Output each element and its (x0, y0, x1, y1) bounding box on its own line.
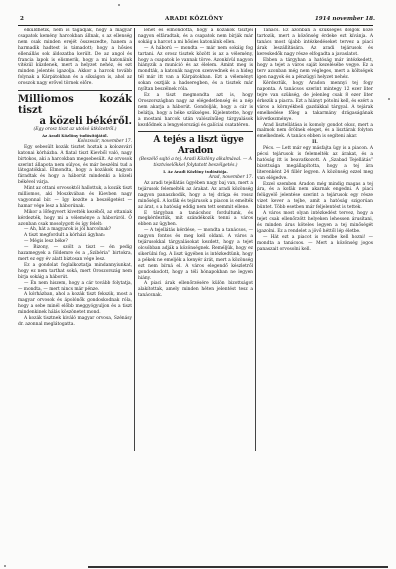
paragraph: Az aradi tejellátás ügyében nagy baj van… (138, 181, 253, 211)
scan-edge (88, 566, 388, 568)
paragraph: A város most olyan intézkedést tervez, h… (257, 211, 373, 235)
headline: Milliomos kozák tiszt (18, 94, 132, 116)
paragraph: Ez a tiszt megmondta azt is, hogy Oroszo… (138, 93, 253, 128)
paragraph: — A háború — mondta — már nem sokáig fog… (138, 46, 253, 93)
paragraph: Tanács. Ez azonban a szükséges dolgok kö… (257, 28, 373, 58)
paragraph: Kérdeztük, hogy Aradon mennyi tej fogy n… (257, 81, 373, 122)
section-marker: I. (163, 169, 166, 174)
paragraph: — A tejellátás kérdése, — mondta a tanác… (138, 228, 253, 281)
paragraph: — Hát ezt a piacot is rendbe kell hozni!… (257, 235, 373, 253)
lead-paragraph: lehet és elmondotta, hogy a kozákok tisz… (138, 28, 253, 46)
lead-paragraph: elküldhetik, nem is tagadják, hogy a mag… (18, 28, 132, 87)
divider (18, 90, 132, 91)
paragraph: A kórházban, ahol a kozák tiszt fekszik,… (18, 292, 132, 316)
byline-text: Az Aradi Közlöny tudósítója. (168, 169, 228, 174)
scan-speck (388, 98, 390, 100)
paragraph: A piaci árak ellenőrzésére külön bizotts… (138, 281, 253, 299)
issue-date: 1914 november 18. (315, 16, 375, 22)
paragraph: — Bizony, — szólt a tiszt — én pedig haz… (18, 245, 132, 263)
column-1: elküldhetik, nem is tagadják, hogy a mag… (18, 28, 132, 451)
paragraph: Arad lisztellátása is komoly gondot okoz… (257, 123, 373, 141)
column-rule (134, 28, 135, 451)
scan-speck (4, 565, 6, 567)
masthead-rule (18, 25, 373, 26)
paragraph: Ebben a tárgyban a hatóság már intézkede… (257, 58, 373, 82)
paragraph: E tárgyban a tanácshoz fordultunk, és me… (138, 211, 253, 229)
paragraph: Mint az ottani orvosoktól hallottuk, a k… (18, 186, 132, 210)
paragraph: Mikor a lőfegyvert kivették kezéből, az … (18, 210, 132, 228)
paragraph: Egy sebesült kozák tisztet hoztak a kolo… (18, 145, 132, 186)
paragraph: A kozák tisztnek kiváló magyar orvosa, S… (18, 316, 132, 328)
paragraph: Pécs. — Lett már egy másfajta ügy is a p… (257, 146, 373, 181)
divider (138, 131, 253, 132)
paragraph: Ezzel szemben Aradon még mindig magas a … (257, 182, 373, 212)
scan-speck (118, 4, 120, 6)
subheadline: (Beszélő sajtó a tej. Aradi Közlöny alka… (138, 157, 253, 169)
headline-line-2: a közeli békéről. (18, 116, 132, 127)
paper-title: ARADI KÖZLÖNY (165, 16, 223, 22)
column-2: lehet és elmondotta, hogy a kozákok tisz… (138, 28, 253, 451)
page-number: 2 (20, 16, 24, 22)
newspaper-page: 2 ARADI KÖZLÖNY 1914 november 18. elküld… (0, 0, 396, 569)
column-3: Tanács. Ez azonban a szükséges dolgok kö… (257, 28, 373, 451)
headline: A tejés a liszt ügye Aradon (138, 135, 253, 157)
paragraph: Ez a gondolat foglalkoztatja mindannyiun… (18, 263, 132, 281)
paragraph: — Én nem hiszem, hogy a cár tovább folyt… (18, 281, 132, 293)
column-rule (255, 28, 256, 451)
